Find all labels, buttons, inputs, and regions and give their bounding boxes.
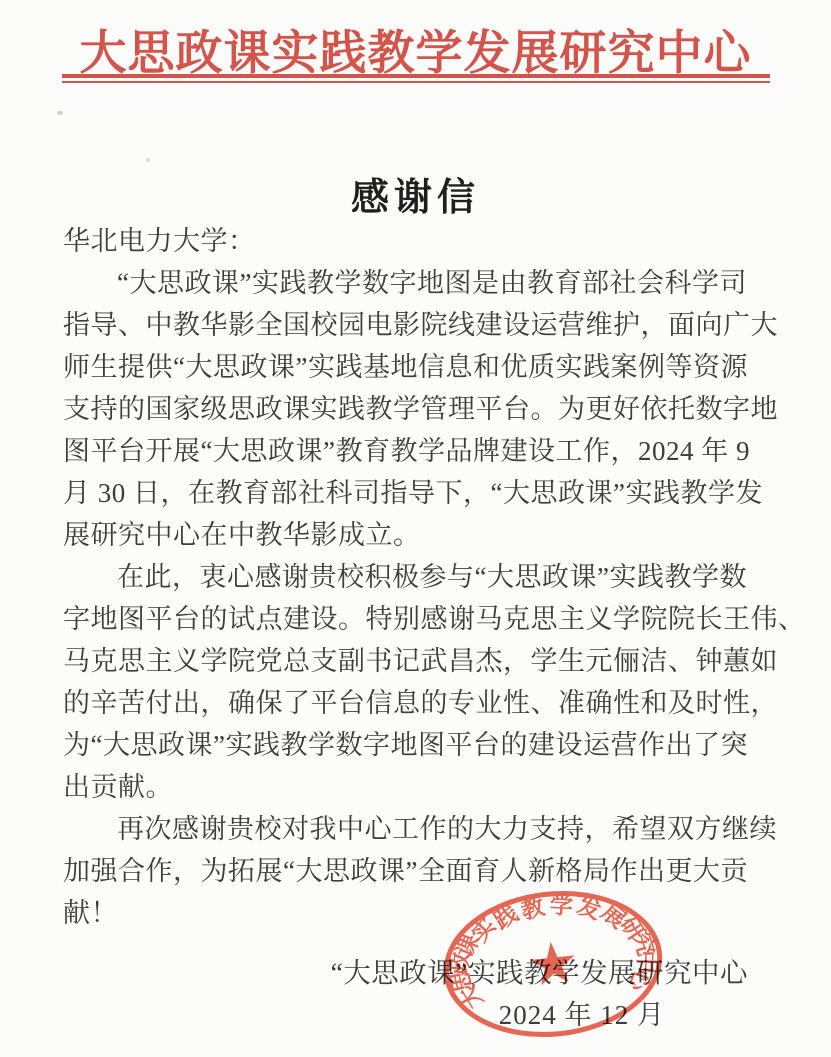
body-line: 马克思主义学院党总支副书记武昌杰，学生元俪洁、钟蕙如 — [63, 640, 771, 682]
body-line: 指导、中教华影全国校园电影院线建设运营维护，面向广大 — [63, 304, 771, 346]
stamp-arc-char: 学 — [549, 892, 573, 919]
star-icon: ★ — [524, 929, 583, 999]
stamp-arc-char: 教 — [518, 894, 548, 924]
letter-title: 感谢信 — [0, 166, 831, 221]
letter-page: 大思政课实践教学发展研究中心 感谢信 华北电力大学： “大思政课”实践教学数字地… — [0, 0, 831, 1057]
body-line: “大思政课”实践教学数字地图是由教育部社会科学司 — [63, 262, 771, 304]
body-line: 在此，衷心感谢贵校积极参与“大思政课”实践教学数 — [63, 556, 771, 598]
body-line: 月 30 日，在教育部社科司指导下，“大思政课”实践教学发 — [63, 472, 771, 514]
salutation: 华北电力大学： — [63, 220, 771, 262]
official-seal-stamp: 大思政课实践教学发展研究中心 ★ — [423, 868, 683, 1057]
body-line: 出贡献。 — [63, 766, 771, 808]
letterhead-rule — [62, 74, 770, 83]
scan-speck — [146, 158, 150, 162]
body-line: 字地图平台的试点建设。特别感谢马克思主义学院院长王伟、 — [63, 598, 771, 640]
letterhead-org-name: 大思政课实践教学发展研究中心 — [0, 16, 831, 83]
scan-speck — [57, 111, 63, 115]
body-line: 展研究中心在中教华影成立。 — [63, 514, 771, 556]
body-line: 支持的国家级思政课实践教学管理平台。为更好依托数字地 — [63, 388, 771, 430]
body-line: 再次感谢贵校对我中心工作的大力支持，希望双方继续 — [63, 808, 771, 850]
body-line: 的辛苦付出，确保了平台信息的专业性、准确性和及时性， — [63, 682, 771, 724]
body-line: 图平台开展“大思政课”教育教学品牌建设工作，2024 年 9 — [63, 430, 771, 472]
body-line: 师生提供“大思政课”实践基地信息和优质实践案例等资源 — [63, 346, 771, 388]
letter-body: 华北电力大学： “大思政课”实践教学数字地图是由教育部社会科学司指导、中教华影全… — [63, 220, 771, 934]
body-line: 为“大思政课”实践教学数字地图平台的建设运营作出了突 — [63, 724, 771, 766]
